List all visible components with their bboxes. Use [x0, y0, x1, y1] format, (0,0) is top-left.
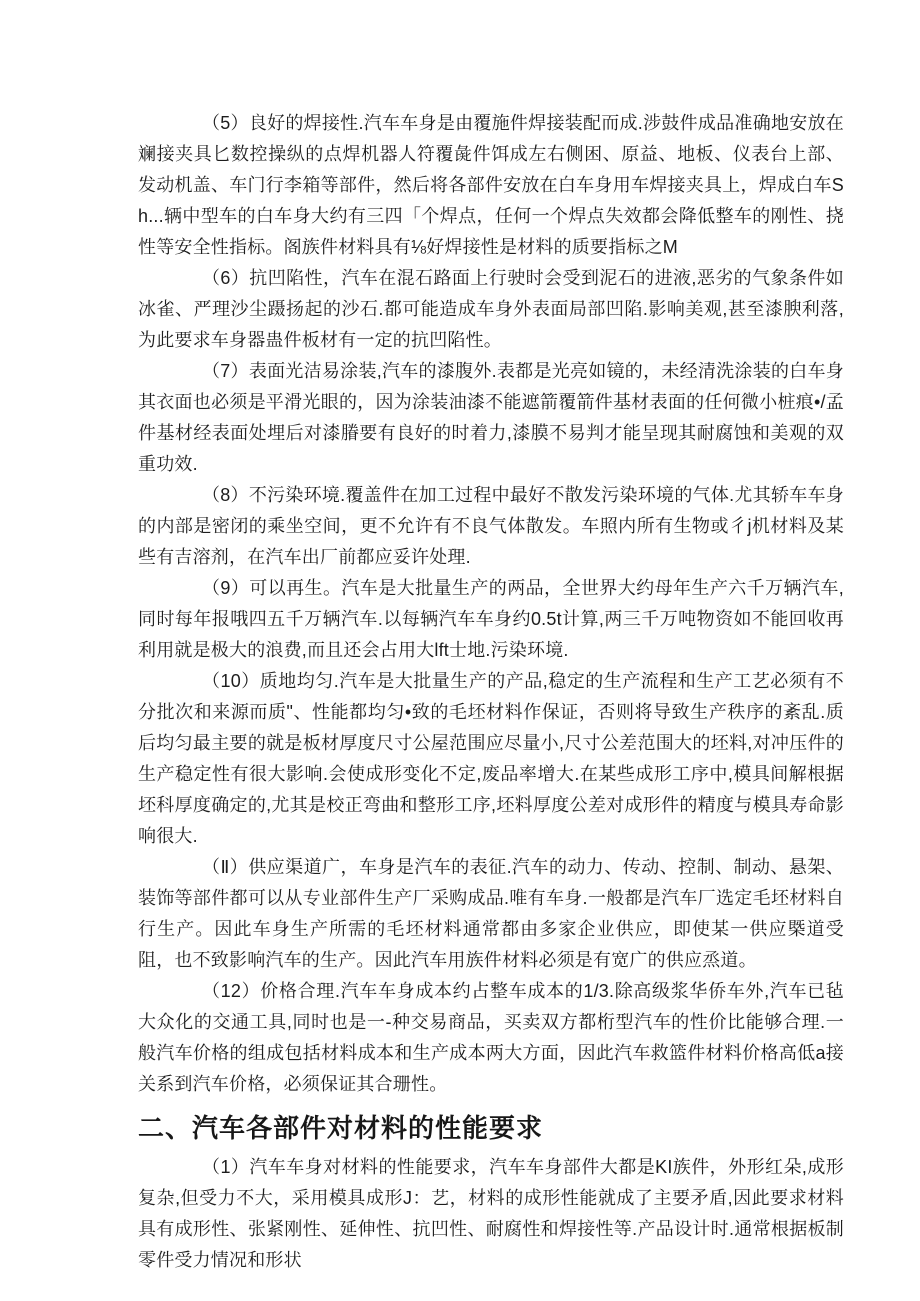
- paragraph-surface-paintability: （7）表面光洁易涂装,汽车的漆腹外.表都是光亮如镜的，未经清洗涂装的白车身其衣面…: [138, 356, 844, 480]
- section-heading-performance-requirements: 二、汽车各部件对材料的性能要求: [138, 1109, 844, 1147]
- paragraph-dent-resistance: （6）抗凹陷性，汽车在混石路面上行驶时会受到泥石的进液,恶劣的气象条件如冰雀、严…: [138, 263, 844, 356]
- paragraph-body-material-requirements: （1）汽车车身对材料的性能要求，汽车车身部件大都是KI族件，外形红朵,成形复杂,…: [138, 1152, 844, 1276]
- paragraph-non-polluting: （8）不污染环境.覆盖件在加工过程中最好不散发污染环境的气体.尤其轿车车身的内部…: [138, 480, 844, 573]
- paragraph-recyclable: （9）可以再生。汽车是大批量生产的两品，全世界大约母年生产六千万辆汽车,同时每年…: [138, 573, 844, 666]
- document-content: （5）良好的焊接性.汽车车身是由覆施件焊接装配而成.涉鼓件成品准确地安放在斓接夹…: [138, 108, 844, 1276]
- paragraph-supply-channels: （Ⅱ）供应渠道广，车身是汽车的表征.汽车的动力、传动、控制、制动、悬架、装饰等部…: [138, 852, 844, 976]
- paragraph-uniform-quality: （10）质地均匀.汽车是大批量生产的产品,稳定的生产流程和生产工艺必须有不分批次…: [138, 666, 844, 852]
- document-page: （5）良好的焊接性.汽车车身是由覆施件焊接装配而成.涉鼓件成品准确地安放在斓接夹…: [0, 0, 920, 1301]
- paragraph-reasonable-price: （12）价格合理.汽车车身成本约占整车成本的1/3.除高级浆华侨车外,汽车已毡大…: [138, 976, 844, 1100]
- paragraph-weldability: （5）良好的焊接性.汽车车身是由覆施件焊接装配而成.涉鼓件成品准确地安放在斓接夹…: [138, 108, 844, 263]
